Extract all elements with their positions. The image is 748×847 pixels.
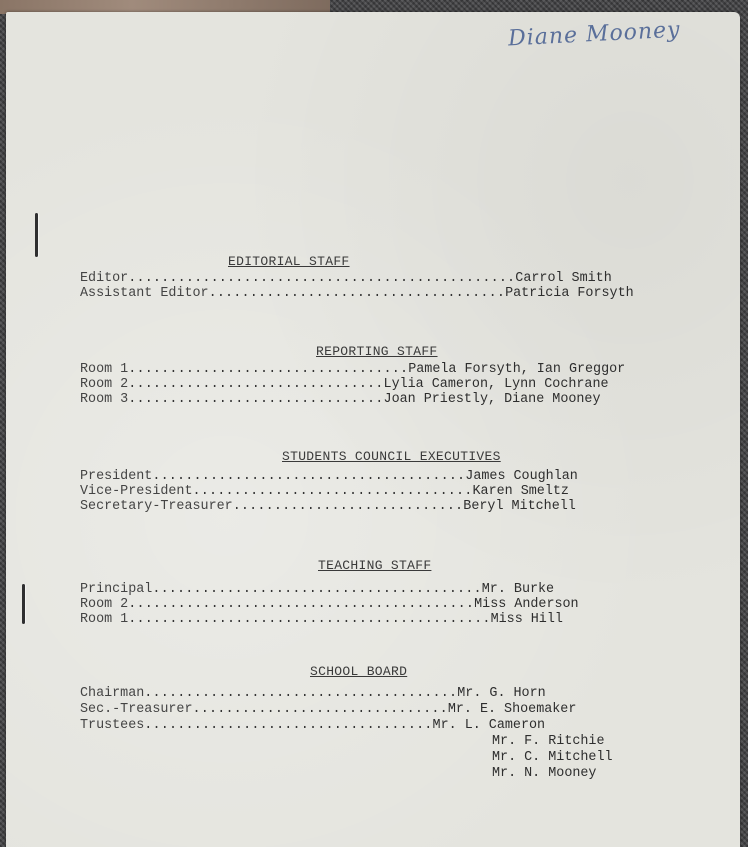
roster-row: Room 2..................................… <box>80 597 579 612</box>
role-label: President <box>80 469 152 484</box>
person-name: Mr. Burke <box>482 582 554 597</box>
person-name: Karen Smeltz <box>473 484 569 499</box>
leader-dots: ...................................... <box>152 469 465 484</box>
leader-dots: ........................................… <box>128 612 490 627</box>
person-name: Carrol Smith <box>515 271 611 286</box>
section-heading: EDITORIAL STAFF <box>228 254 350 269</box>
leader-dots: ........................................… <box>128 271 515 286</box>
roster-row: Principal...............................… <box>80 582 554 597</box>
role-label: Room 2 <box>80 377 128 392</box>
role-label: Trustees <box>80 718 144 733</box>
person-name: Mr. E. Shoemaker <box>448 702 577 717</box>
person-name: Mr. L. Cameron <box>433 718 546 733</box>
roster-row: Mr. F. Ritchie <box>492 734 605 749</box>
leader-dots: .................................. <box>193 484 473 499</box>
roster-row: Chairman................................… <box>80 686 546 701</box>
leader-dots: ...................................... <box>144 686 457 701</box>
role-label: Room 1 <box>80 362 128 377</box>
leader-dots: ................................... <box>144 718 432 733</box>
person-name: Miss Anderson <box>474 597 578 612</box>
roster-row: Vice-President..........................… <box>80 484 569 499</box>
roster-row: Secretary-Treasurer.....................… <box>80 499 576 514</box>
roster-row: Trustees................................… <box>80 718 545 733</box>
roster-row: President...............................… <box>80 469 578 484</box>
person-name: Joan Priestly, Diane Mooney <box>384 392 601 407</box>
roster-row: Room 1..................................… <box>80 612 563 627</box>
role-label: Room 3 <box>80 392 128 407</box>
person-name: James Coughlan <box>465 469 578 484</box>
leader-dots: ........................................ <box>152 582 481 597</box>
role-label: Editor <box>80 271 128 286</box>
section-heading: SCHOOL BOARD <box>310 664 407 679</box>
leader-dots: ............................... <box>193 702 448 717</box>
section-heading: TEACHING STAFF <box>318 558 431 573</box>
person-name: Mr. C. Mitchell <box>492 750 613 765</box>
person-name: Miss Hill <box>491 612 563 627</box>
person-name: Patricia Forsyth <box>505 286 634 301</box>
roster-row: Room 1..................................… <box>80 362 625 377</box>
person-name: Mr. F. Ritchie <box>492 734 605 749</box>
leader-dots: .................................... <box>209 286 506 301</box>
roster-row: Assistant Editor........................… <box>80 286 634 301</box>
section-heading: REPORTING STAFF <box>316 344 438 359</box>
person-name: Mr. N. Mooney <box>492 766 596 781</box>
roster-row: Room 2...............................Lyl… <box>80 377 609 392</box>
leader-dots: ............................... <box>128 377 383 392</box>
roster-row: Mr. N. Mooney <box>492 766 596 781</box>
roster-row: Sec.-Treasurer..........................… <box>80 702 576 717</box>
roster-row: Editor..................................… <box>80 271 612 286</box>
person-name: Mr. G. Horn <box>457 686 545 701</box>
person-name: Lylia Cameron, Lynn Cochrane <box>384 377 609 392</box>
role-label: Secretary-Treasurer <box>80 499 233 514</box>
typed-roster-page: EDITORIAL STAFF Editor..................… <box>0 0 748 847</box>
role-label: Vice-President <box>80 484 193 499</box>
role-label: Sec.-Treasurer <box>80 702 193 717</box>
role-label: Chairman <box>80 686 144 701</box>
leader-dots: ............................ <box>233 499 464 514</box>
role-label: Principal <box>80 582 152 597</box>
role-label: Room 1 <box>80 612 128 627</box>
role-label: Assistant Editor <box>80 286 209 301</box>
roster-row: Room 3...............................Joa… <box>80 392 601 407</box>
person-name: Beryl Mitchell <box>463 499 576 514</box>
leader-dots: .................................. <box>128 362 408 377</box>
leader-dots: ............................... <box>128 392 383 407</box>
leader-dots: ........................................… <box>128 597 474 612</box>
person-name: Pamela Forsyth, Ian Greggor <box>408 362 625 377</box>
role-label: Room 2 <box>80 597 128 612</box>
roster-row: Mr. C. Mitchell <box>492 750 613 765</box>
section-heading: STUDENTS COUNCIL EXECUTIVES <box>282 449 501 464</box>
